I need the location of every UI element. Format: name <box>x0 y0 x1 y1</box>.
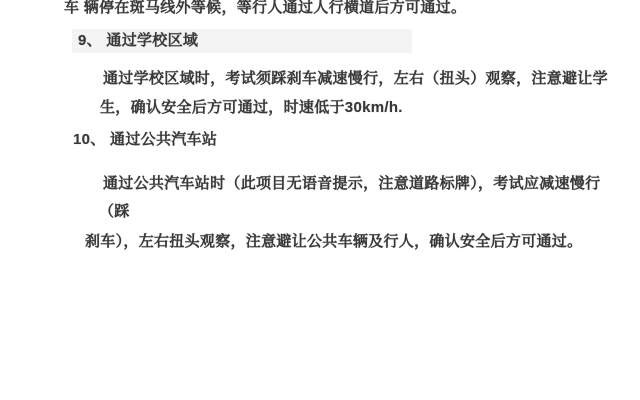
section-9-body-line-1: 通过学校区域时，考试须踩刹车减速慢行，左右（扭头）观察，注意避让学 <box>103 69 608 89</box>
section-9-heading: 9、 通过学校区域 <box>78 31 198 51</box>
scanned-document-page: 车 辆停在斑马线外等候，等行人通过人行横道后方可通过。 9、 通过学校区域 通过… <box>0 0 640 400</box>
section-10-heading: 10、 通过公共汽车站 <box>73 130 217 150</box>
section-9-body-line-2: 生，确认安全后方可通过，时速低于30km/h. <box>100 98 403 118</box>
section-10-body-line-1: 通过公共汽车站时（此项目无语音提示，注意道路标牌），考试应减速慢行 <box>103 174 600 194</box>
section-10-body-line-3: 刹车），左右扭头观察，注意避让公共车辆及行人，确认安全后方可通过。 <box>85 232 582 252</box>
intro-line: 车 辆停在斑马线外等候，等行人通过人行横道后方可通过。 <box>64 0 466 18</box>
section-10-body-line-2: （踩 <box>99 202 130 222</box>
